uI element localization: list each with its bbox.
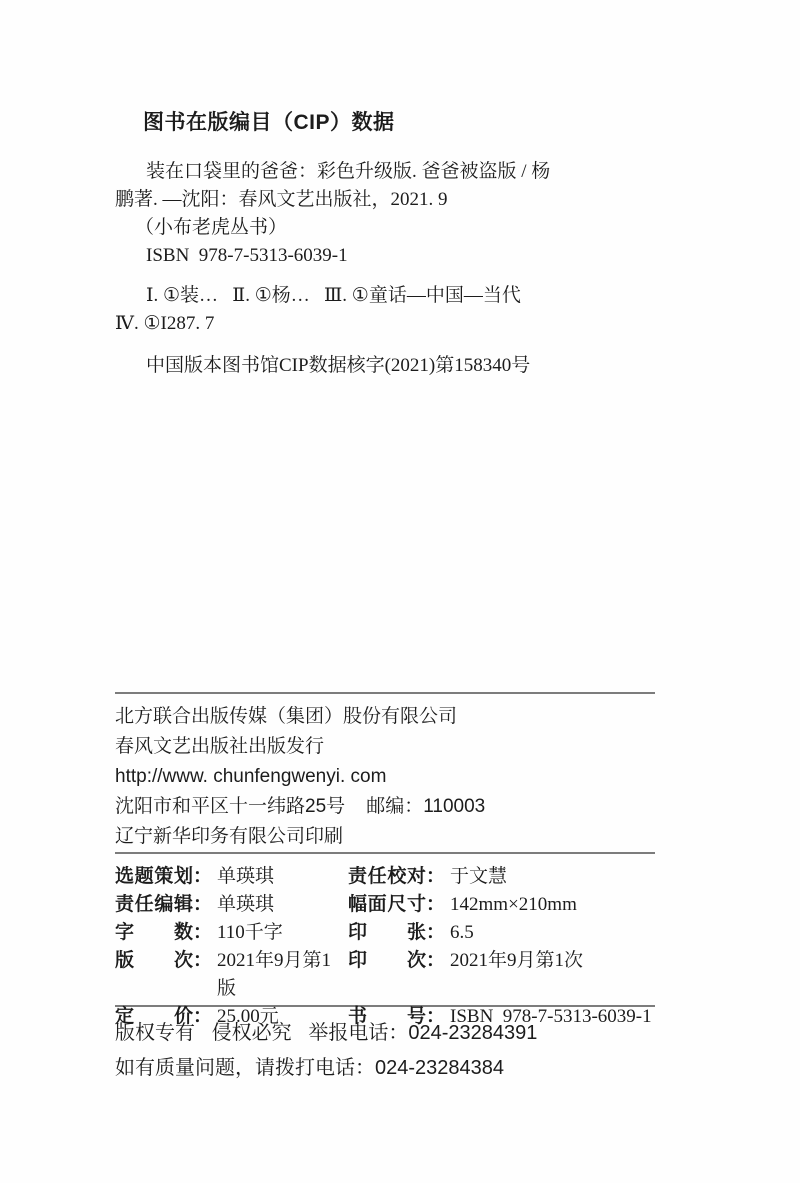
colophon-colon: ： [426,947,445,975]
colophon-colon: ： [193,947,212,975]
colophon-cell-sheets: 印张：6.5 [348,919,655,947]
cip-series-line: （小布老虎丛书） [115,214,660,242]
colophon-label: 印次 [348,947,426,975]
colophon-value: 6.5 [450,919,474,947]
colophon-label: 选题策划 [115,863,193,891]
cip-title-line-2: 鹏著. —沈阳：春风文艺出版社，2021. 9 [115,186,660,214]
colophon-colon: ： [426,863,445,891]
colophon-cell-editor: 责任编辑：单瑛琪 [115,891,348,919]
colophon-cell-wordcount: 字数：110千字 [115,919,348,947]
colophon-row: 责任编辑：单瑛琪 幅面尺寸：142mm×210mm [115,891,655,919]
cip-heading: 图书在版编目（CIP）数据 [115,110,660,136]
publisher-section: 北方联合出版传媒（集团）股份有限公司 春风文艺出版社出版发行 http://ww… [115,692,655,852]
colophon-row: 选题策划：单瑛琪 责任校对：于文慧 [115,863,655,891]
copyright-notice-line: 版权专有 侵权必究 举报电话：024-23284391 [115,1016,675,1051]
cip-classification-group: Ⅰ. ①装… Ⅱ. ①杨… Ⅲ. ①童话—中国—当代 Ⅳ. ①I287. 7 [115,282,660,338]
quality-hotline-line: 如有质量问题，请拨打电话：024-23284384 [115,1051,675,1086]
colophon-row: 字数：110千字 印张：6.5 [115,919,655,947]
colophon-value: 2021年9月第1版 [217,947,348,1003]
printer-line: 辽宁新华印务有限公司印刷 [115,822,655,852]
footer-section: 版权专有 侵权必究 举报电话：024-23284391 如有质量问题，请拨打电话… [115,1016,675,1086]
colophon-row: 版次：2021年9月第1版 印次：2021年9月第1次 [115,947,655,1003]
copyright-page: 图书在版编目（CIP）数据 装在口袋里的爸爸：彩色升级版. 爸爸被盗版 / 杨 … [0,0,800,1183]
colophon-value: 单瑛琪 [217,863,274,891]
colophon-cell-dimensions: 幅面尺寸：142mm×210mm [348,891,655,919]
colophon-value: 2021年9月第1次 [450,947,583,975]
colophon-colon: ： [193,919,212,947]
colophon-table: 选题策划：单瑛琪 责任校对：于文慧 责任编辑：单瑛琪 幅面尺寸：142mm×21… [115,852,655,1007]
cip-classification-line-1: Ⅰ. ①装… Ⅱ. ①杨… Ⅲ. ①童话—中国—当代 [115,282,660,310]
colophon-label: 字数 [115,919,193,947]
cip-section: 图书在版编目（CIP）数据 装在口袋里的爸爸：彩色升级版. 爸爸被盗版 / 杨 … [115,110,660,380]
colophon-value: 142mm×210mm [450,891,577,919]
publisher-company-line: 北方联合出版传媒（集团）股份有限公司 [115,702,655,732]
colophon-label: 版次 [115,947,193,975]
colophon-value: 110千字 [217,919,283,947]
cip-record-group: 中国版本图书馆CIP数据核字(2021)第158340号 [115,352,660,380]
colophon-colon: ： [193,863,212,891]
colophon-cell-planning: 选题策划：单瑛琪 [115,863,348,891]
colophon-colon: ： [193,891,212,919]
cip-record-line: 中国版本图书馆CIP数据核字(2021)第158340号 [115,352,660,380]
colophon-label: 幅面尺寸 [348,891,426,919]
cip-body: 装在口袋里的爸爸：彩色升级版. 爸爸被盗版 / 杨 鹏著. —沈阳：春风文艺出版… [115,158,660,380]
colophon-colon: ： [426,891,445,919]
colophon-cell-impression: 印次：2021年9月第1次 [348,947,655,1003]
cip-classification-line-2: Ⅳ. ①I287. 7 [115,310,660,338]
colophon-label: 责任编辑 [115,891,193,919]
cip-isbn-line: ISBN 978-7-5313-6039-1 [115,242,660,270]
publisher-imprint-line: 春风文艺出版社出版发行 [115,732,655,762]
colophon-cell-proofreader: 责任校对：于文慧 [348,863,655,891]
cip-title-line-1: 装在口袋里的爸爸：彩色升级版. 爸爸被盗版 / 杨 [115,158,660,186]
publisher-address-line: 沈阳市和平区十一纬路25号 邮编：110003 [115,792,655,822]
colophon-colon: ： [426,919,445,947]
colophon-cell-edition: 版次：2021年9月第1版 [115,947,348,1003]
publisher-url-line: http://www. chunfengwenyi. com [115,762,655,792]
colophon-value: 于文慧 [450,863,507,891]
colophon-label: 责任校对 [348,863,426,891]
colophon-value: 单瑛琪 [217,891,274,919]
colophon-label: 印张 [348,919,426,947]
